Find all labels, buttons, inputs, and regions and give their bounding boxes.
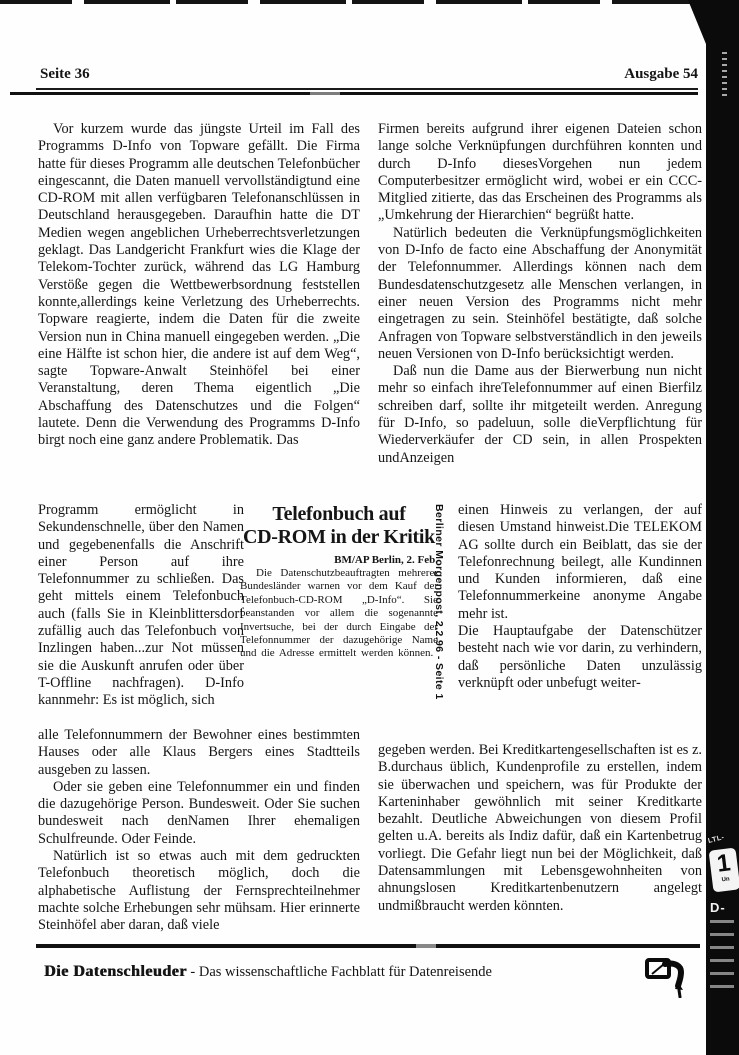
page-footer: Die Datenschleuder - Das wissenschaftlic… [44, 963, 644, 981]
right-scan-strip [706, 0, 739, 1055]
scanned-magazine-page: Seite 36 Ausgabe 54 Vor kurzem wurde das… [0, 0, 739, 1055]
page-number-label: Seite 36 [40, 66, 90, 83]
footer-rule [36, 944, 700, 948]
paragraph: Daß nun die Dame aus der Bierwerbung nun… [378, 363, 702, 467]
right-scan-strip-wedge [688, 0, 706, 44]
page-header: Seite 36 Ausgabe 54 [40, 66, 698, 83]
paragraph: Oder sie geben eine Telefonnummer ein un… [38, 779, 360, 848]
magazine-tagline: - Das wissenschaftliche Fachblatt für Da… [190, 964, 492, 980]
top-scan-edge [0, 0, 706, 4]
datenschleuder-hand-logo-icon [645, 956, 691, 998]
left-column-top: Vor kurzem wurde das jüngste Urteil im F… [38, 121, 360, 450]
paragraph: Vor kurzem wurde das jüngste Urteil im F… [38, 121, 360, 450]
strip-ad-badge-number: 1 [709, 849, 739, 878]
clipping-headline: Telefonbuch auf CD-ROM in der Kritik [240, 503, 438, 549]
clipping-body-text: Die Datenschutzbeauftragten mehrerer Bun… [240, 567, 438, 661]
paragraph: gegeben werden. Bei Kreditkartengesellsc… [378, 742, 702, 915]
strip-noise-marks [722, 52, 727, 98]
paragraph: einen Hinweis zu verlangen, der auf dies… [458, 502, 702, 623]
source-credit-vertical: Berliner Morgenpost, 2.2.96 - Seite 1 [433, 504, 445, 742]
paragraph: Die Hauptaufgabe der Datenschützer beste… [458, 623, 702, 692]
paragraph: alle Telefonnummern der Bewohner eines b… [38, 727, 360, 779]
header-rule-thick [10, 92, 698, 95]
paragraph: Natürlich ist so etwas auch mit dem gedr… [38, 848, 360, 934]
right-column-top: Firmen bereits aufgrund ihrer eigenen Da… [378, 121, 702, 467]
clipping-byline: BM/AP Berlin, 2. Feb. [240, 554, 438, 566]
headline-line2: CD-ROM in der Kritik [243, 526, 435, 548]
newspaper-clipping-box: Telefonbuch auf CD-ROM in der Kritik BM/… [240, 503, 438, 661]
strip-ad-badge: 1 Un [709, 848, 739, 893]
paragraph: Firmen bereits aufgrund ihrer eigenen Da… [378, 121, 702, 225]
issue-label: Ausgabe 54 [624, 66, 698, 83]
header-rule-thin [36, 88, 698, 90]
paragraph: Programm ermöglicht in Sekundenschnelle,… [38, 502, 244, 710]
strip-ad-product-label: D- [710, 900, 726, 915]
left-column-narrow: Programm ermöglicht in Sekundenschnelle,… [38, 502, 244, 710]
paragraph: Natürlich bedeuten die Verknüpfungsmögli… [378, 225, 702, 363]
left-column-bottom: alle Telefonnummern der Bewohner eines b… [38, 727, 360, 935]
strip-ad-small-text-lines [710, 920, 734, 990]
magazine-masthead: Die Datenschleuder [44, 963, 187, 980]
headline-line1: Telefonbuch auf [272, 503, 405, 525]
right-column-bottom: gegeben werden. Bei Kreditkartengesellsc… [378, 742, 702, 915]
right-column-narrow: einen Hinweis zu verlangen, der auf dies… [458, 502, 702, 692]
